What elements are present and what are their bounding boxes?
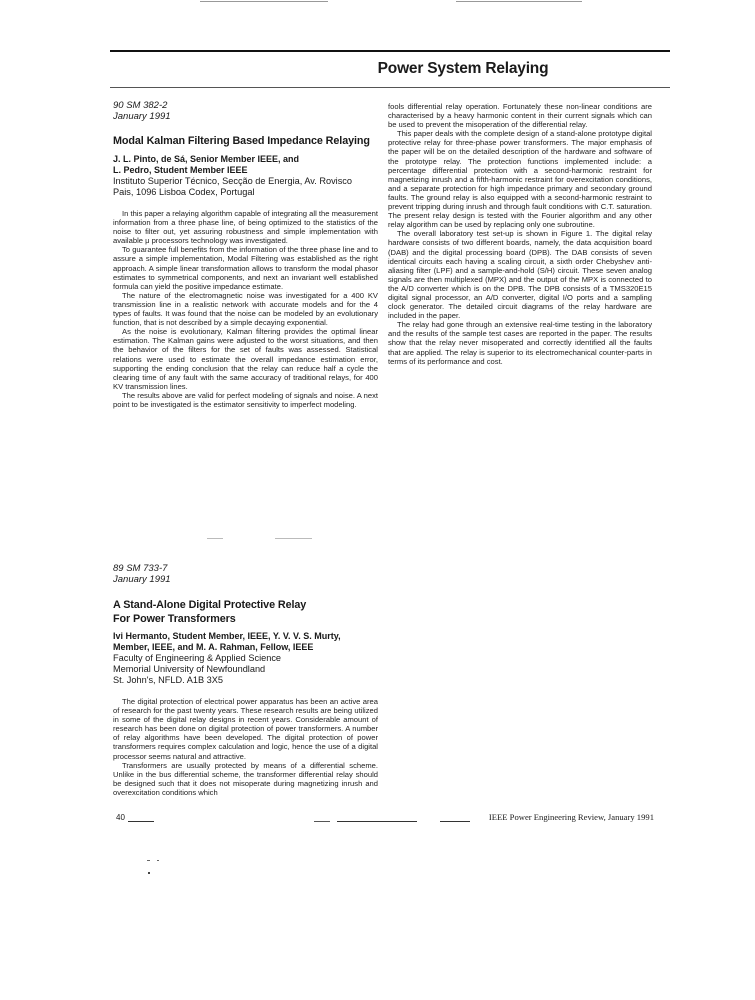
scan-mark bbox=[456, 1, 582, 2]
abstract-paragraph: The results above are valid for perfect … bbox=[113, 391, 378, 409]
paper-authors: J. L. Pinto, de Sá, Senior Member IEEE, … bbox=[113, 154, 378, 165]
article-1: 90 SM 382-2 January 1991 Modal Kalman Fi… bbox=[113, 100, 378, 409]
paper-authors: Member, IEEE, and M. A. Rahman, Fellow, … bbox=[113, 642, 378, 653]
abstract-paragraph-continuation: fools differential relay operation. Fort… bbox=[388, 102, 652, 129]
paper-authors: L. Pedro, Student Member IEEE bbox=[113, 165, 378, 176]
abstract-paragraph: The digital protection of electrical pow… bbox=[113, 697, 378, 761]
page-number: 40 bbox=[116, 813, 125, 822]
paper-affiliation: Pais, 1096 Lisboa Codex, Portugal bbox=[113, 187, 378, 198]
abstract-paragraph: The relay had gone through an extensive … bbox=[388, 320, 652, 365]
section-title: Power System Relaying bbox=[110, 60, 666, 78]
paper-authors: Ivi Hermanto, Student Member, IEEE, Y. V… bbox=[113, 631, 378, 642]
paper-date: January 1991 bbox=[113, 111, 378, 122]
paper-abstract: The digital protection of electrical pow… bbox=[113, 697, 378, 797]
article-2: 89 SM 733-7 January 1991 A Stand-Alone D… bbox=[113, 563, 378, 797]
abstract-paragraph: Transformers are usually protected by me… bbox=[113, 761, 378, 797]
header-top-rule bbox=[110, 50, 670, 52]
abstract-paragraph: This paper deals with the complete desig… bbox=[388, 129, 652, 229]
scan-speck bbox=[157, 860, 159, 861]
abstract-paragraph: In this paper a relaying algorithm capab… bbox=[113, 209, 378, 245]
article-2-continued: fools differential relay operation. Fort… bbox=[388, 102, 652, 366]
scan-speck bbox=[147, 860, 150, 861]
paper-date: January 1991 bbox=[113, 574, 378, 585]
footer-rule bbox=[128, 821, 154, 822]
article-separator bbox=[207, 538, 223, 539]
footer-rule bbox=[440, 821, 470, 822]
scan-speck bbox=[148, 872, 150, 874]
paper-affiliation: St. John's, NFLD. A1B 3X5 bbox=[113, 675, 378, 686]
abstract-paragraph: To guarantee full benefits from the info… bbox=[113, 245, 378, 290]
paper-affiliation: Faculty of Engineering & Applied Science bbox=[113, 653, 378, 664]
paper-number: 90 SM 382-2 bbox=[113, 100, 378, 111]
footer-rule bbox=[314, 821, 330, 822]
article-separator bbox=[275, 538, 312, 539]
paper-affiliation: Memorial University of Newfoundland bbox=[113, 664, 378, 675]
paper-title: A Stand-Alone Digital Protective Relay bbox=[113, 598, 378, 612]
abstract-paragraph: The overall laboratory test set-up is sh… bbox=[388, 229, 652, 320]
scan-mark bbox=[200, 1, 328, 2]
journal-footer: IEEE Power Engineering Review, January 1… bbox=[474, 812, 654, 822]
paper-title: For Power Transformers bbox=[113, 612, 378, 626]
footer-rule bbox=[337, 821, 417, 822]
paper-abstract: In this paper a relaying algorithm capab… bbox=[113, 209, 378, 409]
paper-number: 89 SM 733-7 bbox=[113, 563, 378, 574]
paper-title: Modal Kalman Filtering Based Impedance R… bbox=[113, 134, 378, 148]
abstract-paragraph: As the noise is evolutionary, Kalman fil… bbox=[113, 327, 378, 391]
header-bottom-rule bbox=[110, 87, 670, 88]
abstract-paragraph: The nature of the electromagnetic noise … bbox=[113, 291, 378, 327]
paper-affiliation: Instituto Superior Técnico, Secção de En… bbox=[113, 176, 378, 187]
